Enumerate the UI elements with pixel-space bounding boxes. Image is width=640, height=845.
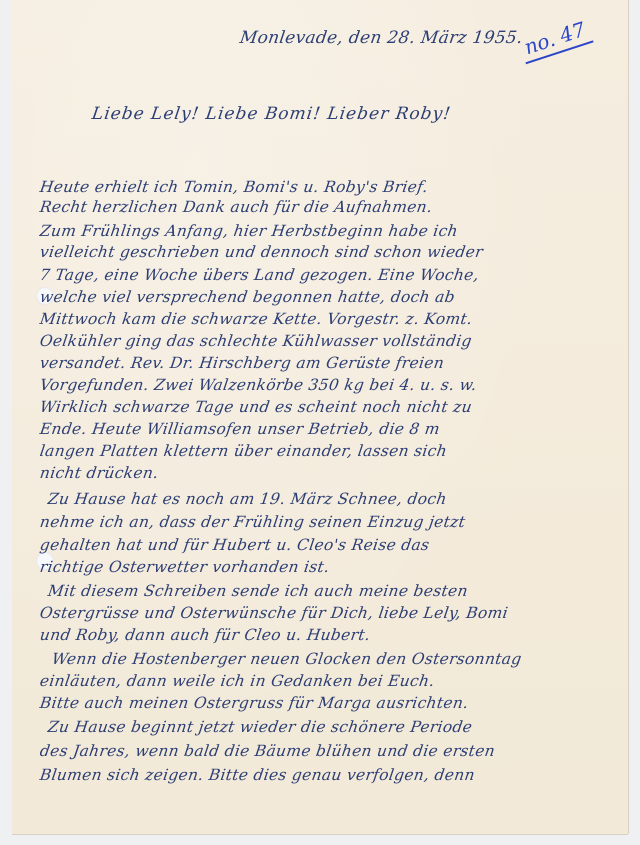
salutation: Liebe Lely! Liebe Bomi! Lieber Roby!	[91, 104, 453, 124]
letter-line: richtige Osterwetter vorhanden ist.	[39, 558, 331, 576]
letter-line: vielleicht geschrieben und dennoch sind …	[39, 243, 484, 261]
letter-line: welche viel versprechend begonnen hatte,…	[39, 288, 456, 306]
letter-line: und Roby, dann auch für Cleo u. Hubert.	[39, 626, 372, 644]
place-date: Monlevade, den 28. März 1955.	[239, 28, 525, 48]
letter-line: Zu Hause hat es noch am 19. März Schnee,…	[47, 490, 448, 508]
letter-line: Ende. Heute Williamsofen unser Betrieb, …	[39, 420, 441, 438]
letter-line: nehme ich an, dass der Frühling seinen E…	[39, 513, 467, 531]
letter-line: Mittwoch kam die schwarze Kette. Vorgest…	[39, 310, 474, 328]
letter-line: des Jahres, wenn bald die Bäume blühen u…	[39, 742, 497, 760]
letter-line: Bitte auch meinen Ostergruss für Marga a…	[39, 694, 470, 712]
letter-line: Oelkühler ging das schlechte Kühlwasser …	[39, 332, 473, 350]
letter-line: einläuten, dann weile ich in Gedanken be…	[39, 672, 436, 690]
letter-line: Zu Hause beginnt jetzt wieder die schöne…	[47, 718, 474, 736]
letter-line: Wirklich schwarze Tage und es scheint no…	[39, 398, 474, 416]
letter-line: gehalten hat und für Hubert u. Cleo's Re…	[39, 536, 431, 554]
letter-line: versandet. Rev. Dr. Hirschberg am Gerüst…	[39, 354, 446, 372]
letter-line: Blumen sich zeigen. Bitte dies genau ver…	[39, 766, 476, 784]
letter-line: Heute erhielt ich Tomin, Bomi's u. Roby'…	[39, 178, 429, 196]
letter-line: Zum Frühlings Anfang, hier Herbstbeginn …	[39, 222, 459, 240]
letter-line: Ostergrüsse und Osterwünsche für Dich, l…	[39, 604, 509, 622]
letter-line: nicht drücken.	[39, 464, 160, 482]
letter-line: 7 Tage, eine Woche übers Land gezogen. E…	[39, 266, 480, 284]
letter-line: Mit diesem Schreiben sende ich auch mein…	[47, 582, 469, 600]
letter-line: Vorgefunden. Zwei Walzenkörbe 350 kg bei…	[39, 376, 478, 394]
letter-line: langen Platten klettern über einander, l…	[39, 442, 449, 460]
letter-line: Wenn die Hostenberger neuen Glocken den …	[51, 650, 523, 668]
letter-line: Recht herzlichen Dank auch für die Aufna…	[39, 198, 434, 216]
